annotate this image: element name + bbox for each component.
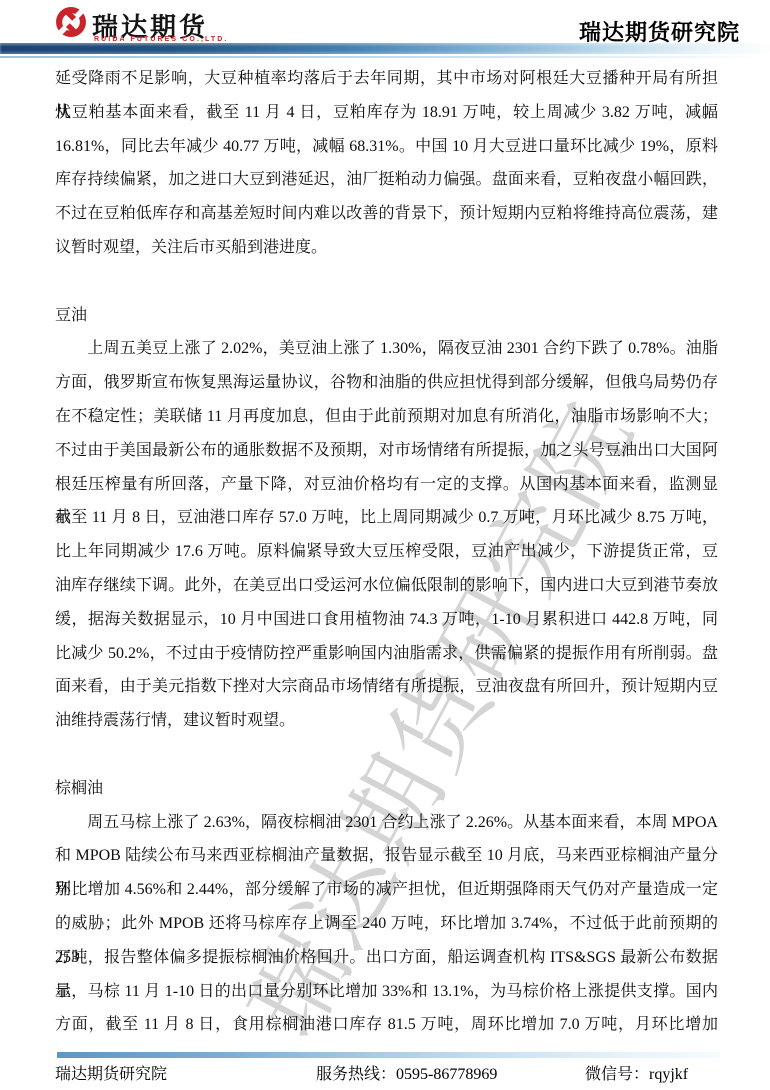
text-line: 方面，截至 11 月 8 日，食用棕榈油港口库存 81.5 万吨，周环比增加 7… [55, 1008, 718, 1042]
text-line: 和 MPOB 陆续公布马来西亚棕榈油产量数据，报告显示截至 10 月底，马来西亚… [55, 839, 718, 873]
footer-divider-bar [57, 1052, 720, 1058]
text-line: 不过由于美国最新公布的通胀数据不及预期，对市场情绪有所提振，加之头号豆油出口大国… [55, 434, 718, 468]
text-line: 缓，据海关数据显示，10 月中国进口食用植物油 74.3 万吨，1-10 月累积… [55, 603, 718, 637]
text-line: 比上年同期减少 17.6 万吨。原料偏紧导致大豆压榨受限，豆油产出减少，下游提货… [55, 535, 718, 569]
company-logo-icon [54, 5, 88, 39]
report-page: 瑞达期货 RUIDA FUTURES CO.,LTD. 瑞达期货研究院 瑞达期货… [0, 0, 770, 1090]
text-line: 延受降雨不足影响，大豆种植率均落后于去年同期，其中市场对阿根廷大豆播种开局有所担… [55, 62, 718, 96]
text-line: 油库存继续下调。此外，在美豆出口受运河水位偏低限制的影响下，国内进口大豆到港节奏… [55, 569, 718, 603]
blank-line [55, 738, 718, 772]
text-line: 从豆粕基本面来看，截至 11 月 4 日，豆粕库存为 18.91 万吨，较上周减… [55, 96, 718, 130]
text-line: 不过在豆粕低库存和高基差短时间内难以改善的背景下，预计短期内豆粕将维持高位震荡，… [55, 197, 718, 231]
footer-wechat-id: rqyjkf [649, 1066, 688, 1083]
text-line: 16.81%，同比去年减少 40.77 万吨，减幅 68.31%。中国 10 月… [55, 130, 718, 164]
footer-institute: 瑞达期货研究院 [55, 1063, 167, 1087]
header-divider-bar [0, 43, 770, 54]
text-line: 面来看，由于美元指数下挫对大宗商品市场情绪有所提振，豆油夜盘有所回升，预计短期内… [55, 670, 718, 704]
text-line: 油维持震荡行情，建议暂时观望。 [55, 704, 718, 738]
header-row: 瑞达期货 RUIDA FUTURES CO.,LTD. 瑞达期货研究院 [0, 0, 770, 46]
footer-hotline-number: 0595-86778969 [396, 1066, 497, 1083]
text-line: 的威胁；此外 MPOB 还将马棕库存上调至 240 万吨，环比增加 3.74%，… [55, 907, 718, 941]
text-line: 上周五美豆上涨了 2.02%，美豆油上涨了 1.30%，隔夜豆油 2301 合约… [55, 332, 718, 366]
blank-line [55, 265, 718, 299]
footer-hotline-label: 服务热线： [316, 1066, 396, 1083]
text-line: 根廷压榨量有所回落，产量下降，对豆油价格均有一定的支撑。从国内基本面来看，监测显… [55, 468, 718, 502]
text-line: 议暂时观望，关注后市买船到港进度。 [55, 231, 718, 265]
report-body: 延受降雨不足影响，大豆种植率均落后于去年同期，其中市场对阿根廷大豆播种开局有所担… [55, 62, 718, 1042]
text-line: 库存持续偏紧，加之进口大豆到港延迟，油厂挺粕动力偏强。盘面来看，豆粕夜盘小幅回跌… [55, 163, 718, 197]
text-line: 万吨，报告整体偏多提振棕榈油价格回升。出口方面，船运调查机构 ITS&SGS 最… [55, 941, 718, 975]
text-line: 周五马棕上涨了 2.63%，隔夜棕榈油 2301 合约上涨了 2.26%。从基本… [55, 806, 718, 840]
section-heading: 棕榈油 [55, 772, 718, 806]
text-line: 环比增加 4.56%和 2.44%，部分缓解了市场的减产担忧，但近期强降雨天气仍… [55, 873, 718, 907]
text-line: 在不稳定性；美联储 11 月再度加息，但由于此前预期对加息有所消化，油脂市场影响… [55, 400, 718, 434]
section-heading: 豆油 [55, 299, 718, 333]
logo-company-subtitle: RUIDA FUTURES CO.,LTD. [94, 36, 228, 43]
text-line: 示，马棕 11 月 1-10 日的出口量分别环比增加 33%和 13.1%，为马… [55, 975, 718, 1009]
header-divider-line [0, 56, 770, 58]
text-line: 方面，俄罗斯宣布恢复黑海运量协议，谷物和油脂的供应担忧得到部分缓解，但俄乌局势仍… [55, 366, 718, 400]
page-header: 瑞达期货 RUIDA FUTURES CO.,LTD. 瑞达期货研究院 [0, 0, 770, 46]
text-line: 比减少 50.2%，不过由于疫情防控严重影响国内油脂需求，供需偏紧的提振作用有所… [55, 637, 718, 671]
footer-hotline: 服务热线：0595-86778969 [316, 1063, 497, 1087]
footer-wechat: 微信号：rqyjkf [585, 1063, 688, 1087]
text-line: 截至 11 月 8 日，豆油港口库存 57.0 万吨，比上周同期减少 0.7 万… [55, 501, 718, 535]
footer-wechat-label: 微信号： [585, 1066, 649, 1083]
